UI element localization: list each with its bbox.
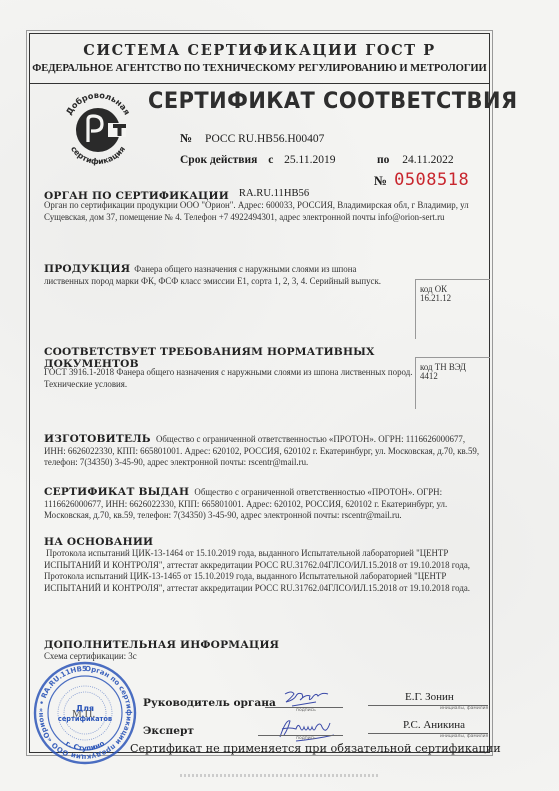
head-name: Е.Г. Зонин: [405, 691, 454, 703]
agency-name: ФЕДЕРАЛЬНОЕ АГЕНТСТВО ПО ТЕХНИЧЕСКОМУ РЕ…: [30, 63, 489, 74]
section-conformity: СООТВЕТСТВУЕТ ТРЕБОВАНИЯМ НОРМАТИВНЫХ ДО…: [44, 346, 414, 390]
organ-code: RA.RU.11HB56: [239, 188, 309, 199]
section-organ: ОРГАН ПО СЕРТИФИКАЦИИ RA.RU.11HB56 Орган…: [44, 190, 474, 223]
product-heading: ПРОДУКЦИЯ: [44, 263, 130, 275]
organ-text: Орган по сертификации продукции ООО "Ори…: [44, 200, 474, 223]
validity-label: Срок действия: [180, 154, 257, 166]
issued-heading: СЕРТИФИКАТ ВЫДАН: [44, 486, 189, 498]
serial-symbol: №: [374, 173, 387, 188]
svg-text:Для: Для: [76, 704, 94, 713]
expert-label: Эксперт: [143, 725, 194, 737]
section-manufacturer: ИЗГОТОВИТЕЛЬ Общество с ограниченной отв…: [44, 434, 484, 469]
section-product: ПРОДУКЦИЯФанера общего назначения с нару…: [44, 264, 394, 287]
section-basis: НА ОСНОВАНИИ Протокола испытаний ЦИК-13-…: [44, 536, 484, 594]
seal-stamp-icon: Орган по сертификации продукции ООО «Ори…: [33, 661, 137, 765]
section-issued-to: СЕРТИФИКАТ ВЫДАН Общество с ограниченной…: [44, 487, 484, 522]
expert-signature-caption: подпись: [296, 736, 316, 741]
validity-to-row: по 24.11.2022: [377, 154, 454, 166]
tnved-code-value: 4412: [420, 372, 490, 381]
section-additional: ДОПОЛНИТЕЛЬНАЯ ИНФОРМАЦИЯ Схема сертифик…: [44, 639, 484, 663]
certificate-number: РОСС RU.HB56.H00407: [205, 133, 324, 145]
valid-to-date: 24.11.2022: [402, 154, 453, 166]
printer-imprint-line: [180, 774, 380, 777]
serial-number: 0508518: [394, 170, 469, 190]
footer-notice: Сертификат не применяется при обязательн…: [130, 742, 501, 755]
from-label: с: [268, 154, 273, 166]
ok-code-value: 16.21.12: [420, 294, 490, 303]
tnved-code-box: код ТН ВЭД 4412: [415, 357, 490, 409]
ok-code-box: код ОК 16.21.12: [415, 279, 490, 339]
valid-from-date: 25.11.2019: [284, 154, 335, 166]
head-label: Руководитель органа: [143, 697, 276, 709]
head-signature-caption: подпись: [296, 708, 316, 713]
certificate-number-row: № РОСС RU.HB56.H00407: [180, 131, 324, 146]
rst-logo-icon: Добровольная сертификация: [58, 88, 138, 168]
conformity-text: ГОСТ 3916.1-2018 Фанера общего назначени…: [44, 367, 414, 390]
certificate-page: СИСТЕМА СЕРТИФИКАЦИИ ГОСТ Р ФЕДЕРАЛЬНОЕ …: [0, 0, 559, 791]
head-name-caption: инициалы, фамилия: [440, 706, 488, 711]
svg-text:сертификатов: сертификатов: [58, 715, 112, 723]
additional-heading: ДОПОЛНИТЕЛЬНАЯ ИНФОРМАЦИЯ: [44, 639, 484, 651]
serial-number-row: № 0508518: [374, 170, 469, 190]
system-title: СИСТЕМА СЕРТИФИКАЦИИ ГОСТ Р: [30, 42, 489, 59]
document-title: СЕРТИФИКАТ СООТВЕТСТВИЯ: [148, 88, 518, 114]
basis-text: Протокола испытаний ЦИК-13-1464 от 15.10…: [44, 548, 484, 594]
manufacturer-heading: ИЗГОТОВИТЕЛЬ: [44, 433, 151, 445]
expert-name-caption: инициалы, фамилия: [440, 734, 488, 739]
validity-from-row: Срок действия с 25.11.2019: [180, 154, 336, 166]
basis-heading: НА ОСНОВАНИИ: [44, 536, 484, 548]
to-label: по: [377, 154, 389, 166]
expert-name: Р.С. Аникина: [403, 719, 465, 731]
number-symbol: №: [180, 131, 192, 145]
header-band: СИСТЕМА СЕРТИФИКАЦИИ ГОСТ Р ФЕДЕРАЛЬНОЕ …: [30, 34, 489, 84]
